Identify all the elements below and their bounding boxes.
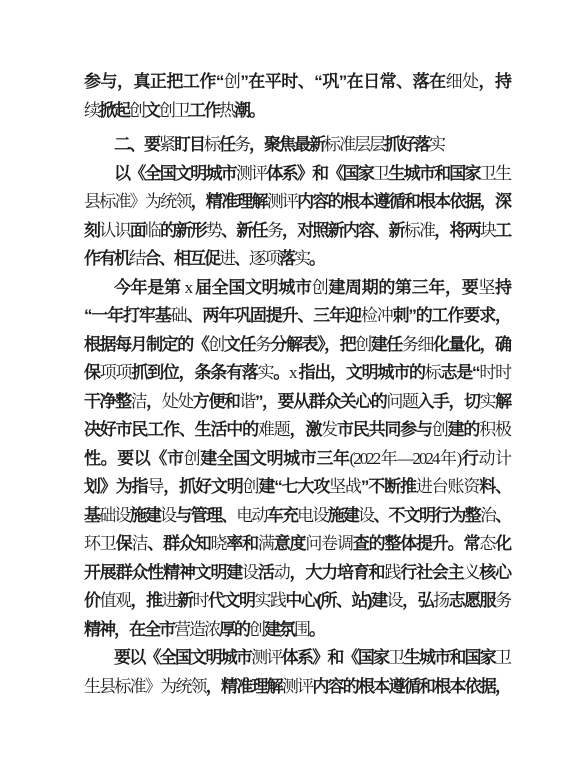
text-run: ，大力培育和 <box>290 563 385 582</box>
text-run: 二、要 <box>114 135 159 154</box>
text-run: 难题 <box>258 420 290 439</box>
text-line: 性。要以《市创建全国文明城市三年(2022年—2024年)行动计 <box>84 445 510 474</box>
document-body: 参与，真正把工作“创”在平时、“巩”在日常、落在细处，持 续掀起创文创卫工作热潮… <box>84 68 510 701</box>
paragraph-tasks: 今年是第 x 届全国文明城市创建周期的第三年，要坚持 “一年打牢基础、两年巩固提… <box>84 274 510 645</box>
text-run: 电设 <box>297 506 327 525</box>
text-run: 义 <box>463 563 479 582</box>
text-run: 志愿服 <box>449 591 495 610</box>
text-run: 抓到位，条条有落 <box>131 363 257 382</box>
text-run: 实 <box>257 363 273 382</box>
text-line: 价值观，推进新时代文明实践中心(所、站)建设，弘扬志愿服务 <box>84 587 510 616</box>
text-run: 实 <box>480 392 496 411</box>
text-run: 实 <box>294 249 309 268</box>
text-run: 内容的根本遵循和根本依据，深 <box>297 192 510 211</box>
text-run: 施建 <box>328 506 358 525</box>
text-run: 卫 <box>373 164 388 183</box>
text-run: 热 <box>219 101 234 120</box>
text-run: 标准 <box>404 221 434 240</box>
text-run: 卫生 <box>480 164 510 183</box>
text-run: 厚的 <box>219 620 249 639</box>
text-run: 生县标准》为统领 <box>84 677 206 696</box>
text-run: 划》为指 <box>84 477 147 496</box>
text-run: 设 <box>358 506 373 525</box>
text-run: ，将两 <box>434 221 480 240</box>
text-run: 化量化，确 <box>433 335 510 354</box>
text-run: 性。要以《市 <box>84 449 184 468</box>
text-line: 保项项抓到位，条条有落实。x 指出，文明城市的标志是“时时 <box>84 359 510 388</box>
text-run: 指出，文明城市的 <box>299 363 425 382</box>
text-run: 文 <box>144 101 159 120</box>
text-run: 。 <box>273 363 289 382</box>
text-line: 精神，在全市营造浓厚的创建氛围。 <box>84 616 510 645</box>
text-run: ，持 <box>479 72 510 91</box>
text-run: 解 <box>495 392 510 411</box>
text-run: 临 <box>145 221 160 240</box>
text-run: 体系》和《国家 <box>282 648 389 667</box>
text-run: 卫 <box>388 648 403 667</box>
text-run: 志是“ <box>441 363 479 382</box>
text-run: ”不断推 <box>361 477 416 496</box>
text-run: 践 <box>384 563 400 582</box>
text-run: 建“七大攻 <box>258 477 329 496</box>
paragraph-continuation: 参与，真正把工作“创”在平时、“巩”在日常、落在细处，持 续掀起创文创卫工作热潮… <box>84 68 510 125</box>
text-run: 盯目 <box>174 135 204 154</box>
text-run: 工作 <box>189 101 219 120</box>
text-run: 细处 <box>446 72 479 91</box>
text-line: 环卫保洁、群众知晓率和满意度问卷调查的整体提升。常态化 <box>84 530 510 559</box>
paragraph-closing: 要以《全国文明城市测评体系》和《国家卫生城市和国家卫 生县标准》为统领，精准理解… <box>84 644 510 701</box>
text-run: 刺”的工作要求， <box>393 306 510 325</box>
text-run: 、 <box>495 506 510 525</box>
text-run: 务 <box>255 335 271 354</box>
text-run: 础设 <box>99 506 129 525</box>
text-run: 建的 <box>448 420 480 439</box>
text-run: 时时 <box>479 363 511 382</box>
text-run: 、群众知 <box>147 534 210 553</box>
text-run: 市民共同参与 <box>337 420 432 439</box>
text-run: ，精准理解 <box>206 677 282 696</box>
text-run: 文任 <box>224 335 255 354</box>
text-run: 、 <box>234 249 249 268</box>
text-run: 车充 <box>267 506 297 525</box>
text-run: 实践 <box>254 591 285 610</box>
text-run: 创 <box>208 335 224 354</box>
text-line: 续掀起创文创卫工作热潮。 <box>84 97 510 126</box>
text-run: 动 <box>274 563 290 582</box>
text-run: ，精准理解 <box>191 192 267 211</box>
text-run: 检冲 <box>361 306 393 325</box>
text-run: 势 <box>206 221 221 240</box>
text-run: 围 <box>294 620 309 639</box>
text-run: 保 <box>116 534 132 553</box>
text-run: 、新任 <box>221 221 267 240</box>
text-run: 创 <box>249 620 264 639</box>
text-run: 建全国文明城市三年 <box>200 449 349 468</box>
text-run: 今年是第 <box>114 278 181 297</box>
text-run: 抓好落 <box>384 135 429 154</box>
text-line: 县标准》为统领，精准理解测评内容的根本遵循和根本依据，深 <box>84 188 510 217</box>
text-run: 创卫 <box>159 101 189 120</box>
text-run: 精神，在全市 <box>84 620 174 639</box>
text-run: ”，要从群众关心的 <box>255 392 386 411</box>
text-run: 续 <box>84 101 99 120</box>
text-run: 率和 <box>226 534 258 553</box>
text-run: 创 <box>184 449 201 468</box>
text-run: 进 <box>161 591 177 610</box>
text-run: ，对照新内容、新 <box>282 221 404 240</box>
text-line: 决好市民工作、生活中的难题，激发市民共同参与创建的积极 <box>84 416 510 445</box>
text-run: 基 <box>84 506 99 525</box>
text-run: 建任 <box>371 335 402 354</box>
text-run: 环卫 <box>84 534 116 553</box>
text-run: 洁 <box>131 534 147 553</box>
text-run: 的新形 <box>160 221 206 240</box>
text-run: 测评 <box>267 192 297 211</box>
heading-line: 二、要紧盯目标任务，聚焦最新标准层层抓好落实 <box>84 131 510 160</box>
text-run: 刻 <box>84 221 99 240</box>
text-run: 意度 <box>274 534 306 553</box>
text-run: 根据每月制定的《 <box>84 335 208 354</box>
text-run: 创 <box>222 72 240 91</box>
text-run: 谐 <box>239 392 255 411</box>
text-run: 创 <box>432 420 448 439</box>
text-run: 中心(所、站)建 <box>285 591 386 610</box>
text-run: 施建 <box>130 506 160 525</box>
text-run: 创 <box>355 335 371 354</box>
paragraph-overview: 以《全国文明城市测评体系》和《国家卫生城市和国家卫生 县标准》为统领，精准理解测… <box>84 160 510 274</box>
text-run: 测评 <box>236 164 266 183</box>
text-run: 测评 <box>251 648 281 667</box>
text-run: 参与，真正把工作“ <box>84 72 222 91</box>
text-run: 新 <box>177 591 193 610</box>
text-run: 务细 <box>402 335 433 354</box>
text-run: 结 <box>129 249 144 268</box>
text-run: 创 <box>312 278 329 297</box>
text-run: 代文明 <box>208 591 254 610</box>
text-run: 持 <box>495 278 510 297</box>
text-run: 核心 <box>479 563 510 582</box>
text-line: 开展群众性精神文明建设活动，大力培育和践行社会主义核心 <box>84 559 510 588</box>
text-run: 合、相互促 <box>144 249 219 268</box>
text-run: 扬 <box>433 591 449 610</box>
text-run: 、两年巩固提升、三年迎 <box>186 306 360 325</box>
text-run: 态 <box>479 534 495 553</box>
text-run: 实 <box>429 135 444 154</box>
text-run: 务 <box>495 591 510 610</box>
text-run: 处处 <box>162 392 193 411</box>
text-run: 决好市民工作、生活中的 <box>84 420 258 439</box>
text-run: 入手，切 <box>417 392 479 411</box>
text-run: 作有机 <box>84 249 129 268</box>
text-run: x <box>289 363 299 382</box>
text-run: 卫 <box>495 648 510 667</box>
text-run: 活 <box>258 563 274 582</box>
text-run: 。 <box>309 620 324 639</box>
text-run: (2022年—2024年) <box>350 449 461 468</box>
text-run: 行社会主 <box>400 563 463 582</box>
text-line: 要以《全国文明城市测评体系》和《国家卫生城市和国家卫 <box>84 644 510 673</box>
text-run: 化 <box>495 534 510 553</box>
text-run: 创 <box>243 477 259 496</box>
text-run: 保 <box>84 363 100 382</box>
text-run: 生城市和国家 <box>388 164 479 183</box>
text-run: ，抓好文明 <box>163 477 242 496</box>
text-run: 料、 <box>479 477 510 496</box>
text-run: 要以《全国文明城市 <box>114 648 251 667</box>
text-run: 行 <box>460 449 478 468</box>
text-line: 以《全国文明城市测评体系》和《国家卫生城市和国家卫生 <box>84 160 510 189</box>
text-run: 值观 <box>100 591 131 610</box>
text-run: “一年打牢基 <box>84 306 171 325</box>
text-run: 动计 <box>478 449 510 468</box>
text-run: 标 <box>204 135 219 154</box>
text-line: 刻认识面临的新形势、新任务，对照新内容、新标准，将两块工 <box>84 217 510 246</box>
text-run: 晓 <box>210 534 226 553</box>
text-run: 任 <box>219 135 234 154</box>
text-run: 电动 <box>236 506 266 525</box>
text-line: 参与，真正把工作“创”在平时、“巩”在日常、落在细处，持 <box>84 68 510 97</box>
text-run: 进台账资 <box>416 477 479 496</box>
text-run: 与管理、 <box>175 506 236 525</box>
text-line: 干净整洁，处处方便和谐”，要从群众关心的问题入手，切实解 <box>84 388 510 417</box>
text-run: 工 <box>495 221 510 240</box>
text-run: 干净整 <box>84 392 131 411</box>
text-run: 查的整体提升。常 <box>353 534 479 553</box>
text-run: 时 <box>192 591 208 610</box>
text-run: 进 <box>219 249 234 268</box>
text-run: 分解表》，把 <box>270 335 355 354</box>
text-run: 坚战 <box>329 477 361 496</box>
text-run: 内容的根本遵循和根本依据， <box>312 677 510 696</box>
text-run: 落 <box>279 249 294 268</box>
text-line: 今年是第 x 届全国文明城市创建周期的第三年，要坚持 <box>84 274 510 303</box>
text-run: 营造浓 <box>174 620 219 639</box>
text-run: 、不文明行为整 <box>373 506 480 525</box>
text-run: 创 <box>129 101 144 120</box>
text-run: 逐项 <box>249 249 279 268</box>
text-run: 生城市和国家 <box>404 648 495 667</box>
text-run: 项项 <box>100 363 132 382</box>
text-run: 建氛 <box>264 620 294 639</box>
text-run: 。 <box>309 249 324 268</box>
text-run: 务 <box>234 135 249 154</box>
text-run: 测评 <box>282 677 312 696</box>
text-run: 认识 <box>99 221 129 240</box>
text-run: 导 <box>147 477 163 496</box>
text-run: 础 <box>171 306 187 325</box>
text-run: 标 <box>425 363 441 382</box>
text-run: ，激 <box>290 420 322 439</box>
text-run: 发 <box>321 420 337 439</box>
text-run: 方便和 <box>193 392 240 411</box>
text-line: 生县标准》为统领，精准理解测评内容的根本遵循和根本依据， <box>84 673 510 702</box>
text-run: ， <box>146 392 162 411</box>
text-run: 设 <box>387 591 403 610</box>
text-run: ，推 <box>130 591 161 610</box>
text-run: 建周期的第三年，要 <box>328 278 478 297</box>
text-run: 积极 <box>479 420 510 439</box>
text-run: 标准层层 <box>324 135 384 154</box>
text-run: 治 <box>480 506 495 525</box>
document-page: 参与，真正把工作“创”在平时、“巩”在日常、落在细处，持 续掀起创文创卫工作热潮… <box>0 0 586 759</box>
text-run: 问题 <box>386 392 417 411</box>
text-run: 紧 <box>159 135 174 154</box>
section-heading: 二、要紧盯目标任务，聚焦最新标准层层抓好落实 <box>84 131 510 160</box>
text-line: 划》为指导，抓好文明创建“七大攻坚战”不断推进台账资料、 <box>84 473 510 502</box>
text-run: 块 <box>480 221 495 240</box>
text-run: 洁 <box>131 392 147 411</box>
text-line: 根据每月制定的《创文任务分解表》，把创建任务细化量化，确 <box>84 331 510 360</box>
text-line: 基础设施建设与管理、电动车充电设施建设、不文明行为整治、 <box>84 502 510 531</box>
text-run: 设 <box>160 506 175 525</box>
text-run: 满 <box>258 534 274 553</box>
text-run: x <box>181 278 195 297</box>
text-run: 面 <box>130 221 145 240</box>
text-run: 体系》和《国家 <box>266 164 373 183</box>
text-line: “一年打牢基础、两年巩固提升、三年迎检冲刺”的工作要求， <box>84 302 510 331</box>
text-run: 掀起 <box>99 101 129 120</box>
text-run: 问卷调 <box>305 534 352 553</box>
text-run: ，聚焦最新 <box>249 135 324 154</box>
text-run: 县标准》为统领 <box>84 192 191 211</box>
text-run: 务 <box>267 221 282 240</box>
text-run: 届全国文明城市 <box>195 278 312 297</box>
text-run: 坚 <box>478 278 495 297</box>
text-run: 潮。 <box>234 101 264 120</box>
text-run: ，弘 <box>402 591 433 610</box>
text-run: 设 <box>242 563 258 582</box>
text-run: ”在平时、“巩”在日常、落在 <box>240 72 445 91</box>
text-run: 以《全国文明城市 <box>114 164 236 183</box>
text-run: 价 <box>84 591 100 610</box>
text-run: 开展群众性精神文明建 <box>84 563 242 582</box>
text-line: 作有机结合、相互促进、逐项落实。 <box>84 245 510 274</box>
